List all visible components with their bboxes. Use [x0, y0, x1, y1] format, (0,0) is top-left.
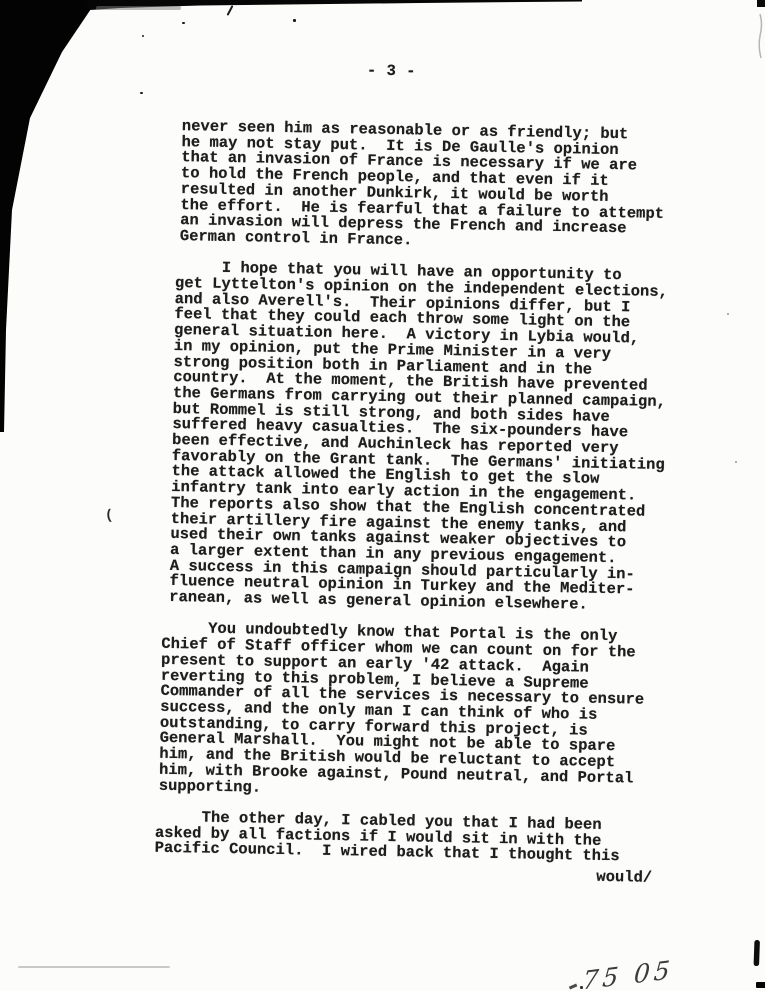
right-edge-squiggle — [759, 14, 761, 58]
scanned-letter-page: - 3 - never seen him as reasonable or as… — [0, 0, 765, 991]
ink-speck-slash — [227, 5, 234, 16]
corner-blob-top-right — [757, 0, 765, 7]
paragraph-de-gaulle: never seen him as reasonable or as frien… — [180, 119, 688, 254]
handwritten-note: 75 05 — [581, 955, 674, 991]
left-margin-stray-mark: ( — [104, 508, 114, 525]
top-edge-shadow — [86, 0, 582, 10]
corner-shadow-top-left — [0, 0, 97, 432]
bottom-scan-streak — [18, 966, 170, 968]
ink-speck — [142, 35, 144, 37]
handwriting-tick — [569, 983, 577, 989]
ink-speck — [735, 461, 737, 463]
ink-speck — [182, 22, 185, 24]
ink-speck — [727, 313, 729, 315]
right-edge-ink-mark — [754, 940, 760, 966]
paragraph-lybia-campaign: I hope that you will have an opportunity… — [169, 260, 685, 615]
letter-body: never seen him as reasonable or as frien… — [164, 119, 688, 887]
top-edge-smear — [96, 6, 181, 10]
ink-speck — [140, 92, 143, 94]
ink-speck — [293, 19, 296, 22]
paragraph-portal-marshall: You undoubtedly know that Portal is the … — [159, 621, 679, 803]
bottom-right-dash — [756, 982, 765, 988]
page-number: - 3 - — [367, 62, 416, 81]
continuation-word: would/ — [154, 862, 652, 887]
paragraph-pacific-council: The other day, I cabled you that I had b… — [154, 810, 675, 867]
